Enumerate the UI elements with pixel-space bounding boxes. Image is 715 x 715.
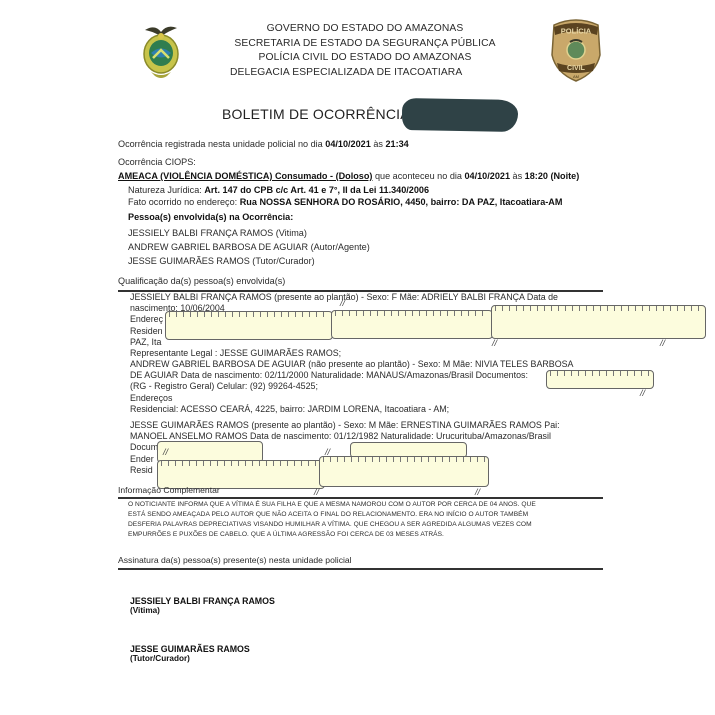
registration-sep: às: [373, 139, 383, 149]
registration-line: Ocorrência registrada nesta unidade poli…: [118, 139, 409, 149]
privacy-mask: [319, 456, 489, 487]
report-number-redaction: [402, 98, 519, 132]
registration-date: 04/10/2021: [325, 139, 371, 149]
incident-address-line: Fato ocorrido no endereço: Rua NOSSA SEN…: [128, 197, 562, 207]
mask-handle-mark: //: [314, 487, 319, 497]
signatures-divider: [118, 568, 603, 570]
privacy-mask: [491, 305, 706, 339]
mask-handle-mark: //: [163, 447, 168, 457]
header-line-government: GOVERNO DO ESTADO DO AMAZONAS: [220, 22, 510, 37]
complementary-line: ESTÁ SENDO AMEAÇADA PELO AUTOR QUE NÃO A…: [128, 510, 598, 520]
qualification-line: Endereços: [130, 393, 600, 404]
complementary-line: DESFERIA PALAVRAS DEPRECIATIVAS VISANDO …: [128, 520, 598, 530]
police-badge-icon: POLÍCIA CIVIL AM: [548, 15, 604, 85]
mask-handle-mark: //: [325, 447, 330, 457]
svg-text:AM: AM: [573, 74, 579, 79]
privacy-mask: [546, 370, 654, 389]
involved-person: JESSIELY BALBI FRANÇA RAMOS (Vitima): [128, 226, 307, 241]
signature-role: (Tutor/Curador): [130, 654, 250, 663]
mask-handle-mark: //: [640, 388, 645, 398]
mask-handle-mark: //: [340, 298, 345, 308]
qualification-line: ANDREW GABRIEL BARBOSA DE AGUIAR (não pr…: [130, 359, 600, 370]
involved-person: JESSE GUIMARÃES RAMOS (Tutor/Curador): [128, 254, 315, 269]
mask-handle-mark: //: [492, 338, 497, 348]
legal-nature-line: Natureza Jurídica: Art. 147 do CPB c/c A…: [128, 185, 429, 195]
person-qualification-author: ANDREW GABRIEL BARBOSA DE AGUIAR (não pr…: [130, 359, 600, 415]
svg-text:POLÍCIA: POLÍCIA: [561, 27, 592, 36]
registration-prefix: Ocorrência registrada nesta unidade poli…: [118, 139, 323, 149]
incident-happened-prefix: que aconteceu no dia: [375, 171, 462, 181]
involved-person: ANDREW GABRIEL BARBOSA DE AGUIAR (Autor/…: [128, 240, 370, 255]
complementary-line: O NOTICIANTE INFORMA QUE A VÍTIMA É SUA …: [128, 500, 598, 510]
policia-civil-badge-logo: POLÍCIA CIVIL AM: [548, 15, 604, 85]
qualification-line: Representante Legal : JESSE GUIMARÃES RA…: [130, 348, 600, 359]
signature-role: (Vitima): [130, 606, 275, 615]
amazonas-coat-of-arms-logo: [137, 22, 185, 82]
registration-time: 21:34: [385, 139, 408, 149]
incident-time: 18:20 (Noite): [525, 171, 580, 181]
complementary-text: O NOTICIANTE INFORMA QUE A VÍTIMA É SUA …: [128, 500, 598, 540]
signature-name: JESSIELY BALBI FRANÇA RAMOS: [130, 596, 275, 606]
qualification-line: JESSIELY BALBI FRANÇA RAMOS (presente ao…: [130, 292, 600, 303]
header-line-police: POLÍCIA CIVIL DO ESTADO DO AMAZONAS: [220, 51, 510, 66]
mask-handle-mark: //: [660, 338, 665, 348]
ciops-label: Ocorrência CIOPS:: [118, 157, 196, 167]
legal-nature-label: Natureza Jurídica:: [128, 185, 202, 195]
incident-date: 04/10/2021: [464, 171, 510, 181]
coat-of-arms-icon: [137, 22, 185, 82]
signature-name: JESSE GUIMARÃES RAMOS: [130, 644, 250, 654]
complementary-heading: Informação Complementar: [118, 485, 220, 495]
incident-sep: às: [513, 171, 523, 181]
header-line-secretariat: SECRETARIA DE ESTADO DA SEGURANÇA PÚBLIC…: [220, 37, 510, 52]
qualification-line: Residencial: ACESSO CEARÁ, 4225, bairro:…: [130, 404, 600, 415]
incident-address-value: Rua NOSSA SENHORA DO ROSÁRIO, 4450, bair…: [240, 197, 563, 207]
privacy-mask: [165, 311, 333, 340]
privacy-mask: [331, 310, 493, 339]
incident-address-label: Fato ocorrido no endereço:: [128, 197, 237, 207]
complementary-line: EMPURRÕES E PUXÕES DE CABELO. QUE A ÚLTI…: [128, 530, 598, 540]
qualification-heading: Qualificação da(s) pessoa(s) envolvida(s…: [118, 276, 285, 286]
incident-title: AMEACA (VIOLÊNCIA DOMÉSTICA) Consumado -…: [118, 171, 372, 181]
involved-heading: Pessoa(s) envolvida(s) na Ocorrência:: [128, 212, 293, 222]
qualification-line: (RG - Registro Geral) Celular: (92) 9926…: [130, 381, 600, 392]
signature-entry-guardian: JESSE GUIMARÃES RAMOS (Tutor/Curador): [130, 644, 250, 663]
header-line-precinct: DELEGACIA ESPECIALIZADA DE ITACOATIARA: [220, 66, 510, 81]
complementary-divider: [118, 497, 603, 499]
signature-entry-victim: JESSIELY BALBI FRANÇA RAMOS (Vitima): [130, 596, 275, 615]
mask-handle-mark: //: [475, 487, 480, 497]
report-title-label: BOLETIM DE OCORRÊNCIA N°: [222, 106, 429, 122]
legal-nature-value: Art. 147 do CPB c/c Art. 41 e 7°, II da …: [204, 185, 429, 195]
signatures-heading: Assinatura da(s) pessoa(s) presente(s) n…: [118, 555, 352, 565]
qualification-line: JESSE GUIMARÃES RAMOS (presente ao plant…: [130, 420, 600, 431]
qualification-line: DE AGUIAR Data de nascimento: 02/11/2000…: [130, 370, 600, 381]
svg-text:CIVIL: CIVIL: [567, 65, 586, 72]
document-header: GOVERNO DO ESTADO DO AMAZONAS SECRETARIA…: [220, 22, 510, 80]
incident-line: AMEACA (VIOLÊNCIA DOMÉSTICA) Consumado -…: [118, 171, 579, 181]
